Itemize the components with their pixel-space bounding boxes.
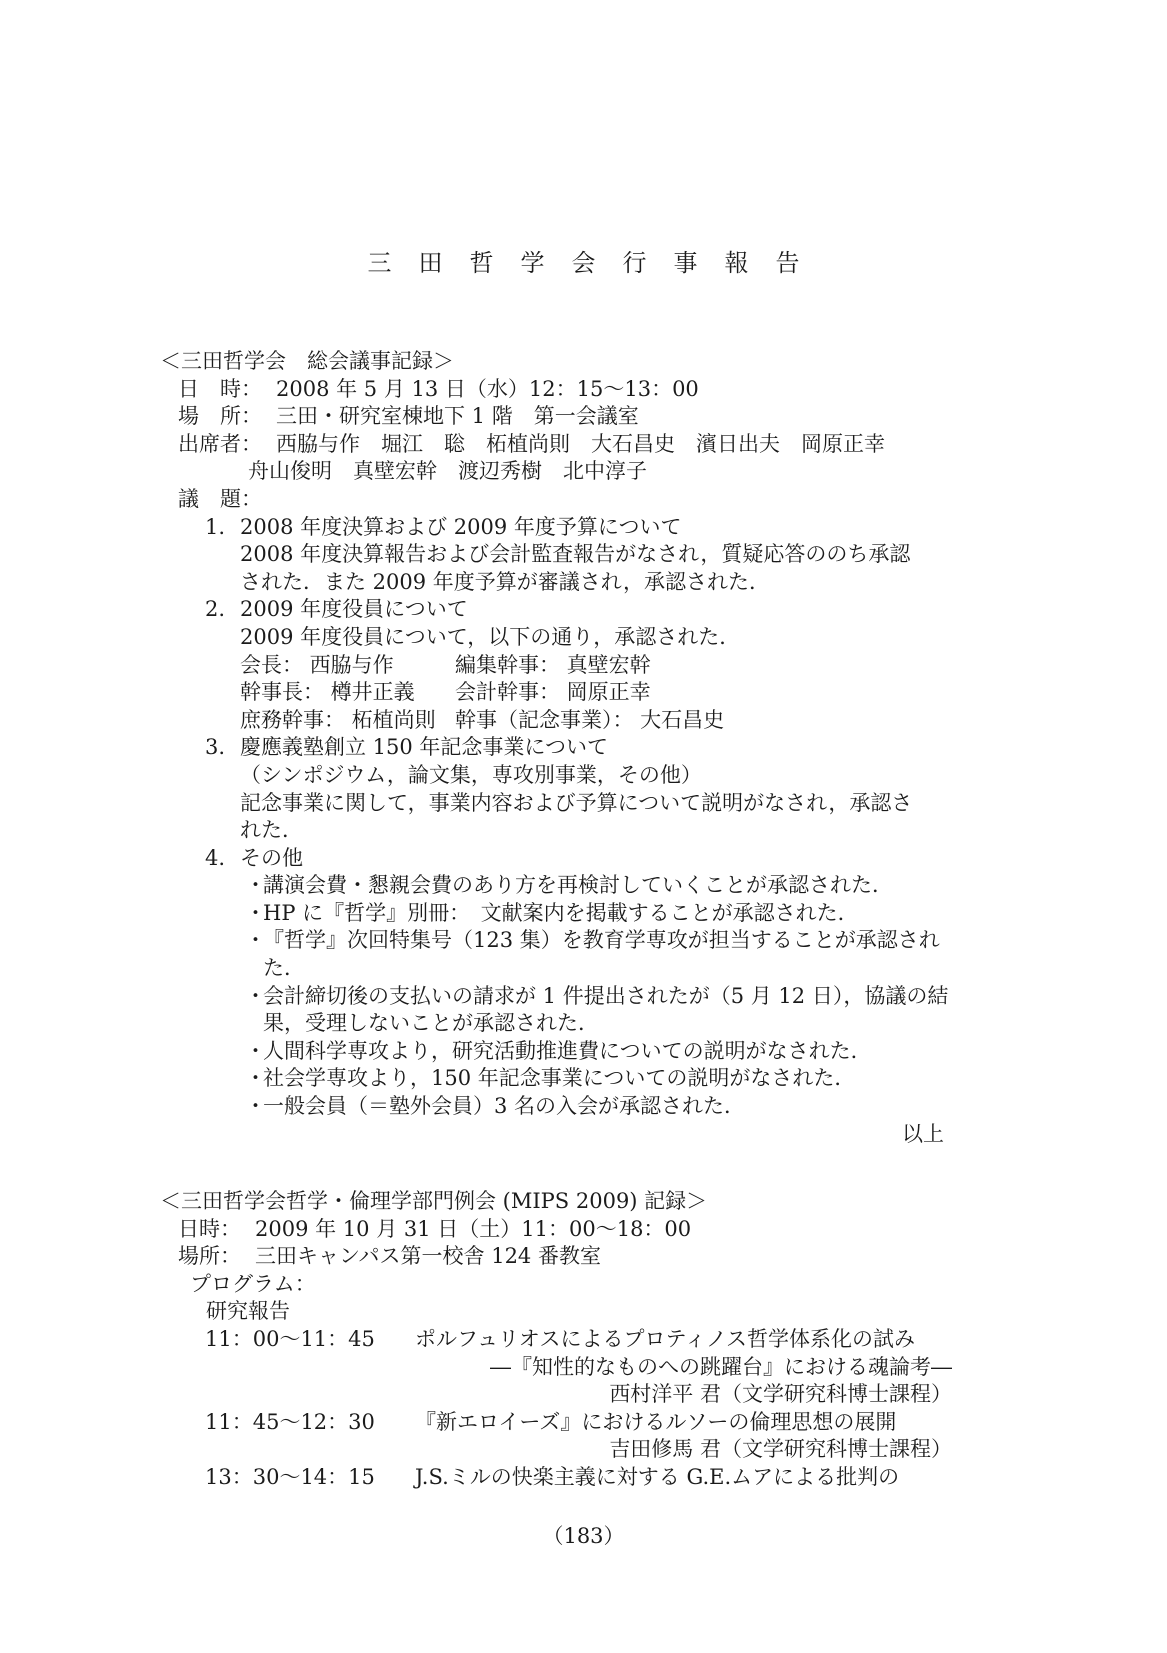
page-number: （183） — [0, 1520, 1167, 1550]
bullet-line: ・HP に『哲学』別冊： 文献案内を掲載することが承認された． — [160, 900, 952, 928]
program-subtitle: ―『知性的なものへの跳躍台』における魂論考― — [160, 1354, 952, 1382]
program-title: 『新エロイーズ』におけるルソーの倫理思想の展開 — [415, 1409, 896, 1437]
bullet-icon: ・ — [245, 900, 263, 928]
program-entry: 13：30～14：15J.S.ミルの快楽主義に対する G.E.ムアによる批判の — [160, 1464, 952, 1492]
agenda-item-3-number: 3. — [205, 734, 240, 762]
agenda-item-1-body-line: された．また 2009 年度予算が審議され，承認された． — [160, 569, 952, 597]
bullet-icon: ・ — [245, 983, 263, 1011]
program-speaker: 吉田修馬 君（文学研究科博士課程） — [160, 1436, 952, 1464]
mips-meeting-section: ＜三田哲学会哲学・倫理学部門例会 (MIPS 2009) 記録＞ 日時：2009… — [160, 1188, 952, 1492]
document-title: 三田哲学会行事報告 — [0, 243, 1167, 278]
attendees-line1: 西脇与作 堀江 聡 柘植尚則 大石昌史 濱日出夫 岡原正幸 — [276, 432, 885, 456]
bullet-text: 会計締切後の支払いの請求が 1 件提出されたが（5 月 12 日），協議の結 — [263, 984, 948, 1008]
officer-right: 幹事（記念事業）： 大石昌史 — [455, 707, 724, 735]
agenda-label: 議 題： — [178, 487, 262, 511]
section1-header: ＜三田哲学会 総会議事記録＞ — [160, 348, 952, 376]
agenda-item-3-body-line: 記念事業に関して，事業内容および予算について説明がなされ，承認さ — [160, 790, 952, 818]
program-speaker: 西村洋平 君（文学研究科博士課程） — [160, 1381, 952, 1409]
document-page: 三田哲学会行事報告 ＜三田哲学会 総会議事記録＞ 日 時：2008 年 5 月 … — [0, 0, 1167, 1653]
agenda-item-3: 3.慶應義塾創立 150 年記念事業について — [160, 734, 952, 762]
agenda-item-1: 1.2008 年度決算および 2009 年度予算について — [160, 514, 952, 542]
place-label: 場所： — [178, 1244, 241, 1268]
attendees-label: 出席者： — [178, 432, 262, 456]
place-value: 三田・研究室棟地下 1 階 第一会議室 — [276, 404, 639, 428]
attendees-line2: 舟山俊明 真壁宏幹 渡辺秀樹 北中淳子 — [160, 458, 952, 486]
officer-right: 編集幹事： 真壁宏幹 — [455, 652, 651, 680]
bullet-line: た． — [160, 955, 952, 983]
program-label: プログラム： — [160, 1271, 952, 1299]
bullet-icon: ・ — [245, 1093, 263, 1121]
bullet-icon: ・ — [245, 1038, 263, 1066]
agenda-item-2-title: 2009 年度役員について — [240, 596, 468, 624]
place-label: 場 所： — [178, 404, 262, 428]
place-row: 場 所：三田・研究室棟地下 1 階 第一会議室 — [160, 403, 952, 431]
program-title: J.S.ミルの快楽主義に対する G.E.ムアによる批判の — [415, 1464, 899, 1492]
closing-ijou: 以上 — [160, 1121, 952, 1149]
agenda-item-4-number: 4. — [205, 845, 240, 873]
attendees-row: 出席者：西脇与作 堀江 聡 柘植尚則 大石昌史 濱日出夫 岡原正幸 — [160, 431, 952, 459]
bullet-text: た． — [263, 956, 305, 980]
bullet-icon: ・ — [245, 1065, 263, 1093]
program-time: 11：45～12：30 — [205, 1409, 415, 1437]
bullet-text: HP に『哲学』別冊： 文献案内を掲載することが承認された． — [263, 901, 859, 925]
program-entry: 11：00～11：45ポルフュリオスによるプロティノス哲学体系化の試み — [160, 1326, 952, 1354]
bullet-line: ・会計締切後の支払いの請求が 1 件提出されたが（5 月 12 日），協議の結 — [160, 983, 952, 1011]
general-meeting-minutes-section: ＜三田哲学会 総会議事記録＞ 日 時：2008 年 5 月 13 日（水）12：… — [160, 348, 952, 1148]
agenda-item-3-body-line: （シンポジウム，論文集，専攻別事業，その他） — [160, 762, 952, 790]
bullet-icon: ・ — [245, 927, 263, 955]
agenda-item-1-number: 1. — [205, 514, 240, 542]
bullet-text: 果，受理しないことが承認された． — [263, 1011, 599, 1035]
agenda-item-3-title: 慶應義塾創立 150 年記念事業について — [240, 734, 608, 762]
bullet-text: 一般会員（＝塾外会員）3 名の入会が承認された． — [263, 1094, 745, 1118]
bullet-line: ・社会学専攻より，150 年記念事業についての説明がなされた． — [160, 1065, 952, 1093]
agenda-item-4: 4.その他 — [160, 845, 952, 873]
agenda-item-2: 2.2009 年度役員について — [160, 596, 952, 624]
datetime-label: 日 時： — [178, 377, 262, 401]
datetime-label: 日時： — [178, 1217, 241, 1241]
section2-header: ＜三田哲学会哲学・倫理学部門例会 (MIPS 2009) 記録＞ — [160, 1188, 952, 1216]
agenda-label-row: 議 題： — [160, 486, 952, 514]
officer-right: 会計幹事： 岡原正幸 — [455, 679, 651, 707]
officer-left: 会長： 西脇与作 — [240, 652, 455, 680]
agenda-item-1-title: 2008 年度決算および 2009 年度予算について — [240, 514, 682, 542]
officers-row: 幹事長： 樽井正義会計幹事： 岡原正幸 — [160, 679, 952, 707]
agenda-item-4-title: その他 — [240, 845, 303, 873]
place-value: 三田キャンパス第一校舎 124 番教室 — [255, 1244, 601, 1268]
officers-row: 会長： 西脇与作編集幹事： 真壁宏幹 — [160, 652, 952, 680]
bullet-line: ・人間科学専攻より，研究活動推進費についての説明がなされた． — [160, 1038, 952, 1066]
program-time: 11：00～11：45 — [205, 1326, 415, 1354]
bullet-line: ・講演会費・懇親会費のあり方を再検討していくことが承認された． — [160, 872, 952, 900]
agenda-item-3-body-line: れた． — [160, 817, 952, 845]
bullet-text: 人間科学専攻より，研究活動推進費についての説明がなされた． — [263, 1039, 872, 1063]
agenda-item-1-body-line: 2008 年度決算報告および会計監査報告がなされ，質疑応答ののち承認 — [160, 541, 952, 569]
session-label: 研究報告 — [160, 1298, 952, 1326]
program-time: 13：30～14：15 — [205, 1464, 415, 1492]
bullet-line: 果，受理しないことが承認された． — [160, 1010, 952, 1038]
datetime-value: 2008 年 5 月 13 日（水）12：15～13：00 — [276, 377, 699, 401]
datetime-row: 日 時：2008 年 5 月 13 日（水）12：15～13：00 — [160, 376, 952, 404]
officer-left: 幹事長： 樽井正義 — [240, 679, 455, 707]
agenda-item-2-body-line: 2009 年度役員について，以下の通り，承認された． — [160, 624, 952, 652]
datetime-row: 日時：2009 年 10 月 31 日（土）11：00～18：00 — [160, 1216, 952, 1244]
bullet-icon: ・ — [245, 872, 263, 900]
officers-row: 庶務幹事： 柘植尚則幹事（記念事業）： 大石昌史 — [160, 707, 952, 735]
place-row: 場所：三田キャンパス第一校舎 124 番教室 — [160, 1243, 952, 1271]
bullet-line: ・一般会員（＝塾外会員）3 名の入会が承認された． — [160, 1093, 952, 1121]
bullet-text: 『哲学』次回特集号（123 集）を教育学専攻が担当することが承認され — [263, 928, 940, 952]
program-title: ポルフュリオスによるプロティノス哲学体系化の試み — [415, 1326, 915, 1354]
agenda-item-2-number: 2. — [205, 596, 240, 624]
bullet-text: 社会学専攻より，150 年記念事業についての説明がなされた． — [263, 1066, 855, 1090]
bullet-text: 講演会費・懇親会費のあり方を再検討していくことが承認された． — [263, 873, 893, 897]
program-entry: 11：45～12：30『新エロイーズ』におけるルソーの倫理思想の展開 — [160, 1409, 952, 1437]
datetime-value: 2009 年 10 月 31 日（土）11：00～18：00 — [255, 1217, 691, 1241]
bullet-line: ・『哲学』次回特集号（123 集）を教育学専攻が担当することが承認され — [160, 927, 952, 955]
officer-left: 庶務幹事： 柘植尚則 — [240, 707, 455, 735]
